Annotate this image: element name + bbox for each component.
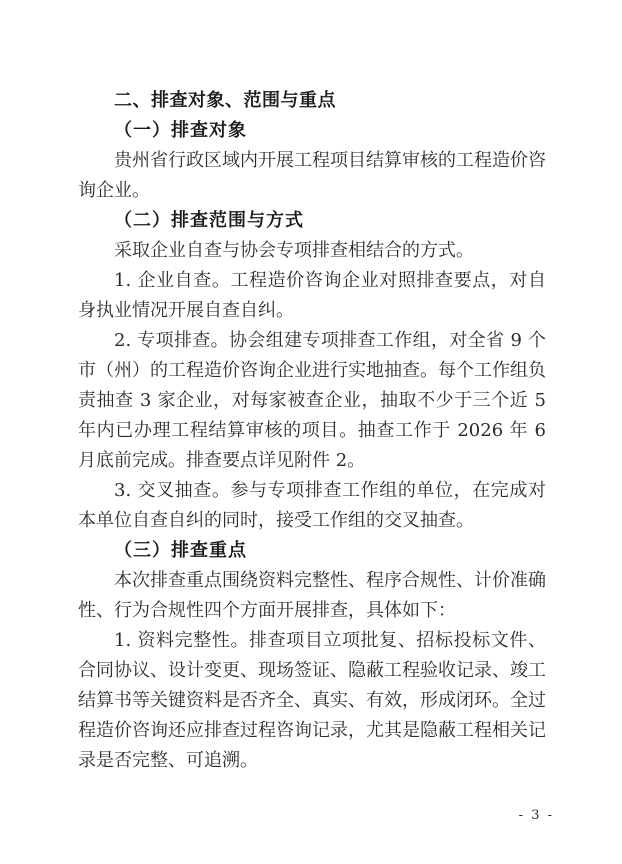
document-page: 二、排查对象、范围与重点 （一）排查对象 贵州省行政区域内开展工程项目结算审核的… xyxy=(0,0,622,864)
paragraph-item-3-cross-check: 3. 交叉抽查。参与专项排查工作组的单位，在完成对本单位自查自纠的同时，接受工作… xyxy=(78,476,546,536)
subheading-scope-and-method: （二）排查范围与方式 xyxy=(78,206,546,236)
paragraph-method-overview: 采取企业自查与协会专项排查相结合的方式。 xyxy=(78,236,546,266)
paragraph-inspection-target-body: 贵州省行政区域内开展工程项目结算审核的工程造价咨询企业。 xyxy=(78,146,546,206)
paragraph-item-1-material-completeness: 1. 资料完整性。排查项目立项批复、招标投标文件、合同协议、设计变更、现场签证、… xyxy=(78,626,546,776)
paragraph-item-2-special-inspection: 2. 专项排查。协会组建专项排查工作组，对全省 9 个市（州）的工程造价咨询企业… xyxy=(78,326,546,476)
page-number: - 3 - xyxy=(519,808,554,824)
section-heading: 二、排查对象、范围与重点 xyxy=(78,86,546,116)
paragraph-focus-overview: 本次排查重点围绕资料完整性、程序合规性、计价准确性、行为合规性四个方面开展排查，… xyxy=(78,566,546,626)
subheading-inspection-target: （一）排查对象 xyxy=(78,116,546,146)
subheading-inspection-focus: （三）排查重点 xyxy=(78,536,546,566)
paragraph-item-1-self-inspection: 1. 企业自查。工程造价咨询企业对照排查要点，对自身执业情况开展自查自纠。 xyxy=(78,266,546,326)
document-body: 二、排查对象、范围与重点 （一）排查对象 贵州省行政区域内开展工程项目结算审核的… xyxy=(78,86,546,776)
